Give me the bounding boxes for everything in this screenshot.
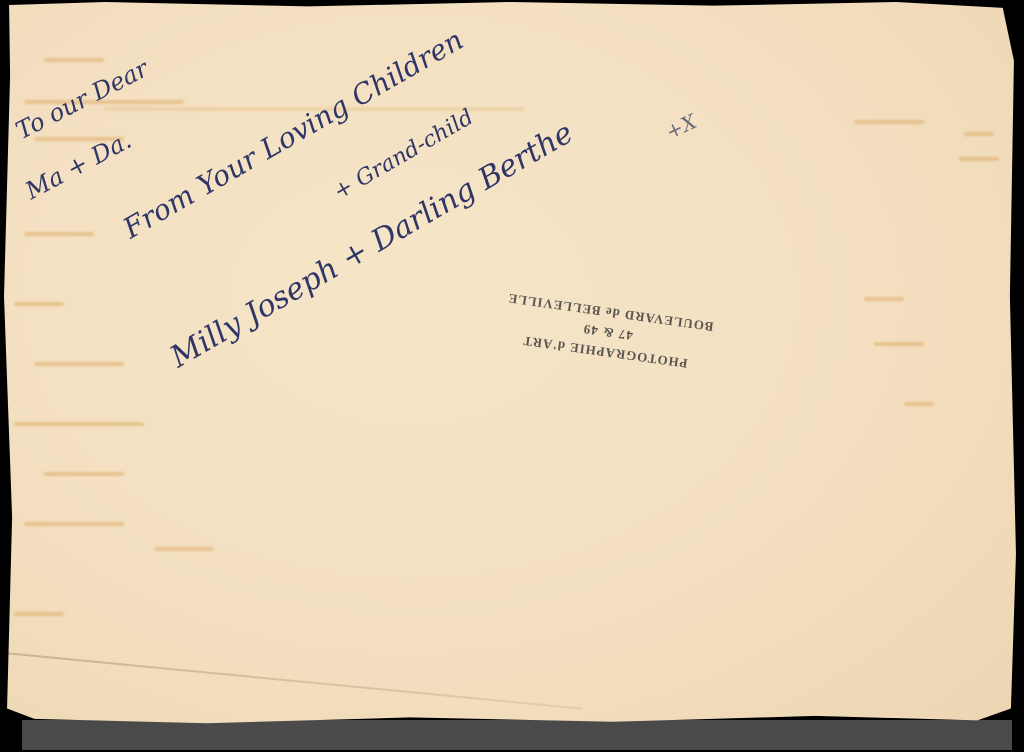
stain: [874, 342, 924, 346]
stain: [14, 612, 64, 616]
stain: [864, 297, 904, 301]
photo-shadow: [22, 720, 1012, 750]
photo-back-paper: To our Dear Ma + Da. From Your Loving Ch…: [4, 2, 1018, 738]
stain: [24, 522, 124, 526]
stain: [24, 232, 94, 236]
handwriting-kisses: +X: [662, 109, 700, 144]
stain: [14, 302, 64, 306]
stain: [964, 132, 994, 136]
stain: [959, 157, 999, 161]
stain: [44, 58, 104, 62]
stain: [854, 120, 924, 124]
stain: [44, 472, 124, 476]
stain: [34, 362, 124, 366]
stain: [154, 547, 214, 551]
photographer-stamp: PHOTOGRAPHIE d'ART 47 & 49 BOULEVARD de …: [501, 288, 715, 376]
paper-crease: [4, 652, 582, 710]
stain: [904, 402, 934, 406]
stain: [14, 422, 144, 426]
